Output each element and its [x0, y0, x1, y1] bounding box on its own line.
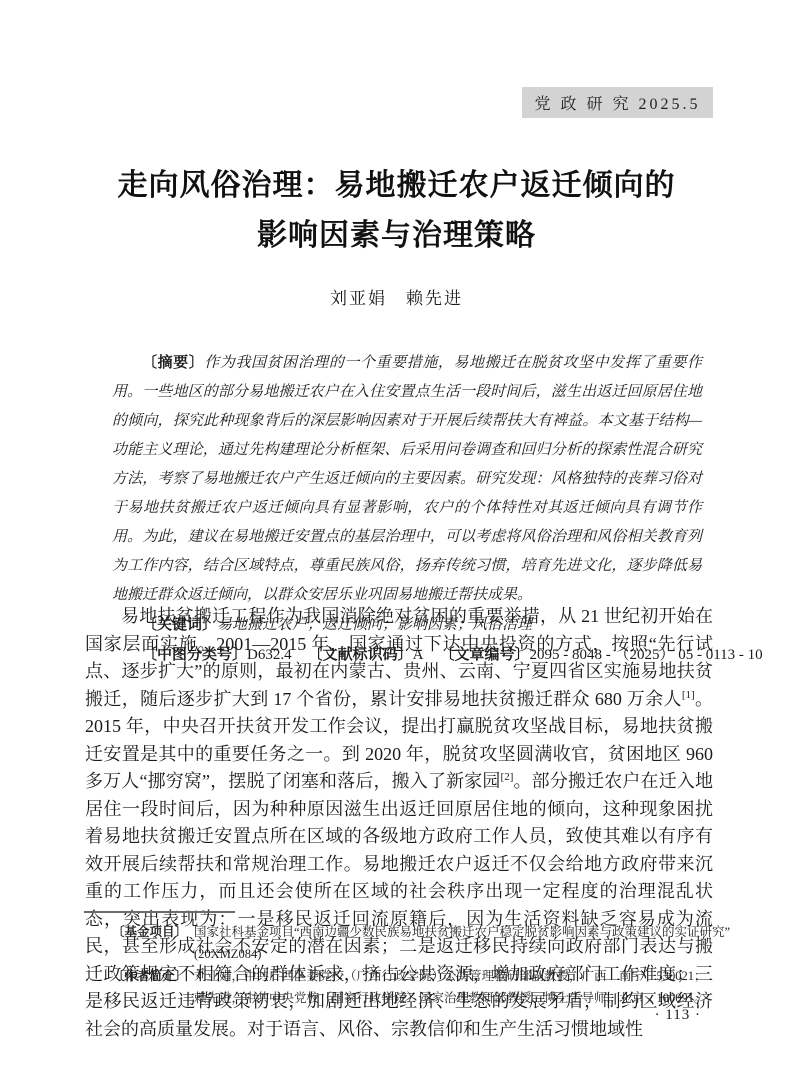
author-bio-row: 〔作者简介〕 刘亚娟，中共广西区委党校（广西行政学院）公共管理教研部副教授，广西…: [112, 965, 716, 1009]
abstract-paragraph: 〔摘要〕作为我国贫困治理的一个重要措施，易地搬迁在脱贫攻坚中发挥了重要作用。一些…: [112, 348, 702, 610]
body-segment-1: 易地扶贫搬迁工程作为我国消除绝对贫困的重要举措，从 21 世纪初开始在国家层面实…: [85, 606, 713, 709]
reference-mark-1: [1]: [682, 689, 695, 701]
journal-header-text: 党 政 研 究 2025.5: [534, 91, 700, 114]
fund-project-row: 〔基金项目〕 国家社科基金项目“西南边疆少数民族易地扶贫搬迁农户稳定脱贫影响因素…: [112, 921, 716, 965]
fund-project-label: 〔基金项目〕: [112, 921, 194, 965]
article-title-line1: 走向风俗治理：易地搬迁农户返迁倾向的: [0, 161, 793, 211]
author-bio-label: 〔作者简介〕: [112, 965, 194, 1009]
article-title: 走向风俗治理：易地搬迁农户返迁倾向的 影响因素与治理策略: [0, 161, 793, 261]
abstract-label: 〔摘要〕: [142, 354, 204, 371]
article-title-line2: 影响因素与治理策略: [0, 211, 793, 261]
author-bio-content: 刘亚娟，中共广西区委党校（广西行政学院）公共管理教研部副教授，广西 南宁 530…: [194, 965, 716, 1009]
author-bio-line1: 刘亚娟，中共广西区委党校（广西行政学院）公共管理教研部副教授，广西 南宁 530…: [194, 965, 716, 987]
footnotes-block: 〔基金项目〕 国家社科基金项目“西南边疆少数民族易地扶贫搬迁农户稳定脱贫影响因素…: [112, 921, 716, 1009]
journal-header-badge: 党 政 研 究 2025.5: [522, 87, 713, 118]
authors: 刘亚娟 赖先进: [0, 284, 793, 309]
reference-mark-2: [2]: [501, 771, 514, 783]
fund-project-content: 国家社科基金项目“西南边疆少数民族易地扶贫搬迁农户稳定脱贫影响因素与政策建议的实…: [194, 921, 730, 965]
author-bio-line2: 赖先进，中共中央党校（国家行政学院）国家治理教研部教授、博士生导师，北京 100…: [194, 987, 716, 1009]
page-number: · 113 ·: [655, 1007, 701, 1024]
paper-page: 党 政 研 究 2025.5 走向风俗治理：易地搬迁农户返迁倾向的 影响因素与治…: [0, 0, 793, 1077]
abstract-text: 作为我国贫困治理的一个重要措施，易地搬迁在脱贫攻坚中发挥了重要作用。一些地区的部…: [112, 355, 702, 603]
fund-project-number: (20XMZ084): [194, 943, 730, 965]
fund-project-text: 国家社科基金项目“西南边疆少数民族易地扶贫搬迁农户稳定脱贫影响因素与政策建议的实…: [194, 921, 730, 943]
footnote-divider: [84, 911, 235, 913]
